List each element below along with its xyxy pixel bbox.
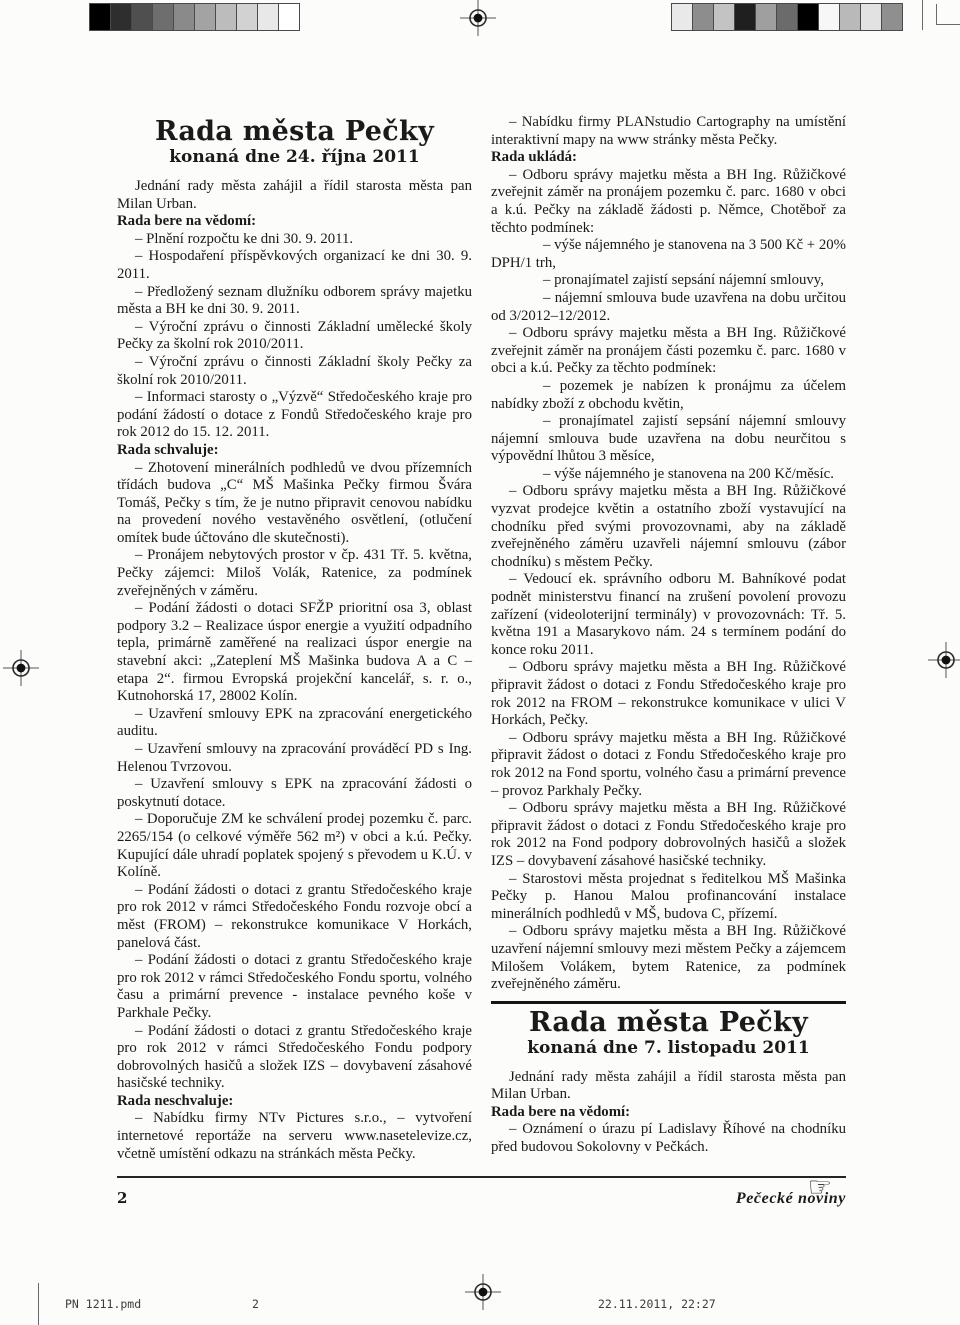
- run-in-heading: Rada schvaluje:: [117, 442, 472, 460]
- paragraph: – Podání žádosti o dotaci z grantu Střed…: [117, 1023, 472, 1093]
- page-footer: 2 Pečecké noviny: [117, 1189, 846, 1208]
- sub-item: – pozemek je nabízen k pronájmu za účele…: [491, 378, 846, 413]
- paragraph: – Uzavření smlouvy na zpracování provádě…: [117, 741, 472, 776]
- paragraph: – Uzavření smlouvy s EPK na zpracování ž…: [117, 776, 472, 811]
- paragraph: – Hospodaření příspěvkových organizací k…: [117, 248, 472, 283]
- run-in-heading: Rada neschvaluje:: [117, 1093, 472, 1111]
- calibration-swatch: [839, 3, 861, 31]
- calibration-swatch: [881, 3, 903, 31]
- scanned-newspaper-page: Rada města Pečkykonaná dne 24. října 201…: [0, 0, 960, 1325]
- run-in-heading: Rada bere na vědomí:: [117, 213, 472, 231]
- print-page-number: 2: [252, 1297, 259, 1311]
- calibration-swatch: [173, 3, 195, 31]
- paragraph: – Oznámení o úrazu pí Ladislavy Říhové n…: [491, 1121, 846, 1156]
- grayscale-calibration-bar-right: [672, 3, 903, 31]
- paragraph: – Starostovi města projednat s ředitelko…: [491, 871, 846, 924]
- calibration-swatch: [713, 3, 735, 31]
- crop-mark-top-right-line: [922, 0, 923, 30]
- paragraph: – Plnění rozpočtu ke dni 30. 9. 2011.: [117, 231, 472, 249]
- print-filename: PN 1211.pmd: [65, 1297, 141, 1311]
- sub-item: – výše nájemného je stanovena na 200 Kč/…: [491, 466, 846, 484]
- calibration-swatch: [755, 3, 777, 31]
- crop-mark-corner-horizontal: [936, 24, 960, 25]
- registration-mark-icon: [460, 0, 496, 36]
- calibration-swatch: [131, 3, 153, 31]
- crop-mark-bottom-left-line: [38, 1283, 39, 1325]
- paragraph: – Nabídku firmy NTv Pictures s.r.o., – v…: [117, 1110, 472, 1163]
- article-body: Rada města Pečkykonaná dne 24. října 201…: [117, 114, 846, 1203]
- paragraph: – Odboru správy majetku města a BH Ing. …: [491, 923, 846, 993]
- paragraph: – Nabídku firmy PLANstudio Cartography n…: [491, 114, 846, 149]
- calibration-swatch: [860, 3, 882, 31]
- run-in-heading: Rada ukládá:: [491, 149, 846, 167]
- paragraph: – Odboru správy majetku města a BH Ing. …: [491, 659, 846, 729]
- section-title: Rada města Pečky: [117, 116, 472, 147]
- calibration-swatch: [278, 3, 300, 31]
- calibration-swatch: [818, 3, 840, 31]
- paragraph: – Předložený seznam dlužníku odborem spr…: [117, 284, 472, 319]
- section-title: Rada města Pečky: [491, 1007, 846, 1038]
- calibration-swatch: [671, 3, 693, 31]
- calibration-swatch: [110, 3, 132, 31]
- paragraph: – Pronájem nebytových prostor v čp. 431 …: [117, 547, 472, 600]
- crop-mark-corner-vertical: [936, 4, 937, 25]
- calibration-swatch: [734, 3, 756, 31]
- paragraph: – Informaci starosty o „Výzvě“ Středočes…: [117, 389, 472, 442]
- paragraph: – Podání žádosti o dotaci z grantu Střed…: [117, 882, 472, 952]
- sub-item: – pronajímatel zajistí sepsání nájemní s…: [491, 413, 846, 466]
- registration-mark-icon: [3, 650, 39, 686]
- calibration-swatch: [152, 3, 174, 31]
- calibration-swatch: [776, 3, 798, 31]
- paragraph: – Podání žádosti o dotaci SFŽP prioritní…: [117, 600, 472, 706]
- sub-item: – výše nájemného je stanovena na 3 500 K…: [491, 237, 846, 272]
- left-column: Rada města Pečkykonaná dne 24. října 201…: [117, 114, 472, 1203]
- registration-mark-icon: [465, 1274, 501, 1310]
- calibration-swatch: [215, 3, 237, 31]
- calibration-swatch: [797, 3, 819, 31]
- registration-mark-icon: [928, 642, 960, 678]
- calibration-swatch: [236, 3, 258, 31]
- paragraph: – Odboru správy majetku města a BH Ing. …: [491, 167, 846, 237]
- paragraph: – Uzavření smlouvy EPK na zpracování ene…: [117, 706, 472, 741]
- paragraph: Jednání rady města zahájil a řídil staro…: [117, 178, 472, 213]
- calibration-swatch: [692, 3, 714, 31]
- calibration-swatch: [89, 3, 111, 31]
- paragraph: – Vedoucí ek. správního odboru M. Bahník…: [491, 571, 846, 659]
- calibration-swatch: [257, 3, 279, 31]
- grayscale-calibration-bar-left: [90, 3, 300, 31]
- paragraph: – Odboru správy majetku města a BH Ing. …: [491, 483, 846, 571]
- paragraph: – Odboru správy majetku města a BH Ing. …: [491, 730, 846, 800]
- paragraph: – Doporučuje ZM ke schválení prodej poze…: [117, 811, 472, 881]
- footer-divider: [117, 1176, 846, 1178]
- paragraph: – Podání žádosti o dotaci z grantu Střed…: [117, 952, 472, 1022]
- paragraph: – Odboru správy majetku města a BH Ing. …: [491, 800, 846, 870]
- right-column: – Nabídku firmy PLANstudio Cartography n…: [491, 114, 846, 1203]
- page-number: 2: [117, 1189, 127, 1207]
- calibration-swatch: [194, 3, 216, 31]
- section-divider-rule: [491, 1001, 846, 1004]
- publication-title: Pečecké noviny: [736, 1190, 846, 1208]
- sub-item: – nájemní smlouva bude uzavřena na dobu …: [491, 290, 846, 325]
- run-in-heading: Rada bere na vědomí:: [491, 1104, 846, 1122]
- print-timestamp: 22.11.2011, 22:27: [598, 1297, 716, 1311]
- paragraph: – Odboru správy majetku města a BH Ing. …: [491, 325, 846, 378]
- paragraph: – Výroční zprávu o činnosti Základní ško…: [117, 354, 472, 389]
- section-subtitle: konaná dne 24. října 2011: [117, 147, 472, 168]
- paragraph: – Zhotovení minerálních podhledů ve dvou…: [117, 460, 472, 548]
- paragraph: Jednání rady města zahájil a řídil staro…: [491, 1069, 846, 1104]
- paragraph: – Výroční zprávu o činnosti Základní umě…: [117, 319, 472, 354]
- section-subtitle: konaná dne 7. listopadu 2011: [491, 1038, 846, 1059]
- sub-item: – pronajímatel zajistí sepsání nájemní s…: [491, 272, 846, 290]
